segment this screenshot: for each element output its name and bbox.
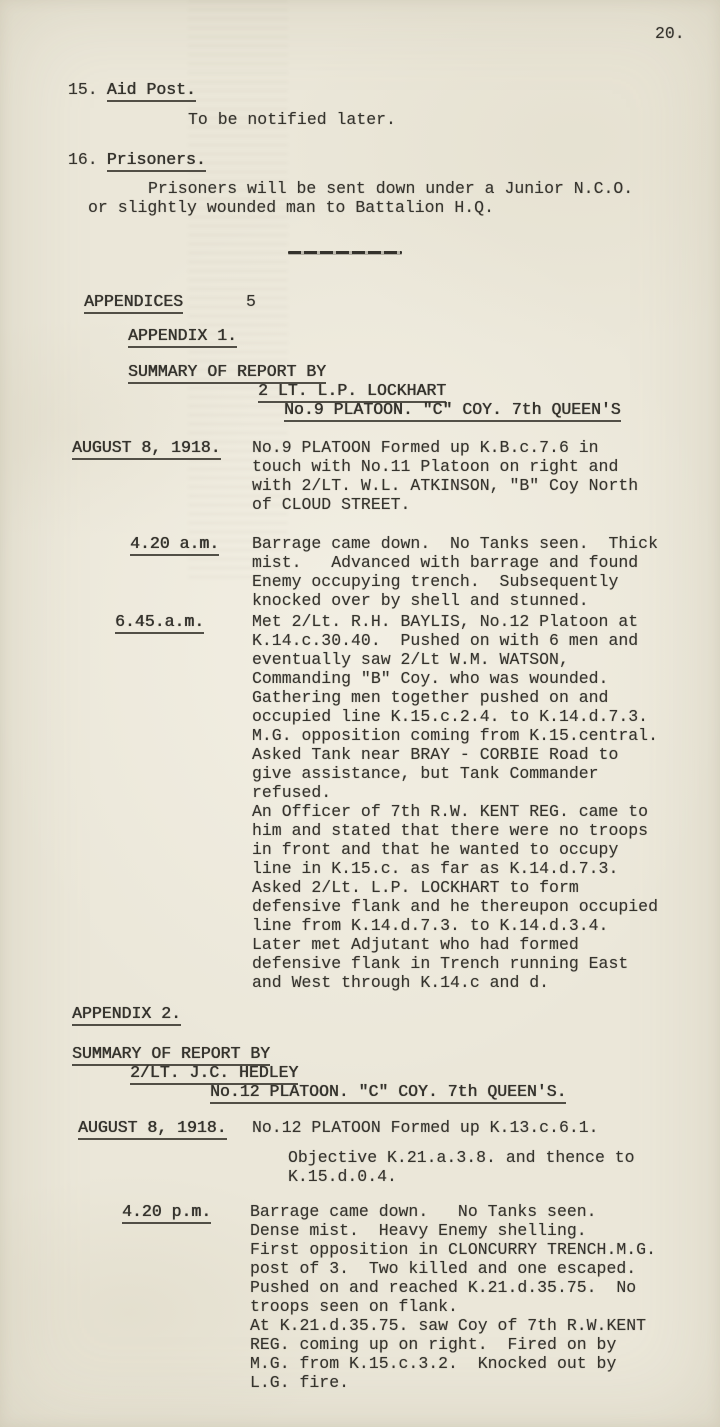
appendices-label: APPENDICES [84,292,183,314]
item-16-number: 16. [68,150,98,172]
appendix1-entry3-label: 6.45.a.m. [115,612,204,634]
appendix1-title: APPENDIX 1. [128,326,237,348]
section-divider [288,251,402,254]
appendix1-entry1-label: AUGUST 8, 1918. [72,438,221,460]
appendix2-entry1-label: AUGUST 8, 1918. [78,1118,227,1140]
item-15-heading: 15. Aid Post. [68,80,196,102]
scanned-document-page: 20. 15. Aid Post. To be notified later. … [0,0,720,1427]
appendix1-entry1-text: No.9 PLATOON Formed up K.B.c.7.6 in touc… [252,438,638,514]
appendix2-entry2-label: 4.20 p.m. [122,1202,211,1224]
page-number: 20. [655,24,685,43]
item-16-title: Prisoners. [107,150,206,172]
appendix1-entry2-label: 4.20 a.m. [130,534,219,556]
item-15-title: Aid Post. [107,80,196,102]
appendix2-entry2-text: Barrage came down. No Tanks seen. Dense … [250,1202,656,1392]
appendix1-entry3-text: Met 2/Lt. R.H. BAYLIS, No.12 Platoon at … [252,612,658,992]
appendix2-title: APPENDIX 2. [72,1004,181,1026]
appendix2-entry1-text: No.12 PLATOON Formed up K.13.c.6.1. [252,1118,599,1137]
appendix1-entry2-text: Barrage came down. No Tanks seen. Thick … [252,534,658,610]
item-15-body: To be notified later. [188,110,396,129]
appendices-number: 5 [246,292,256,311]
item-16-body-line1: Prisoners will be sent down under a Juni… [148,179,633,198]
appendix1-summary-line3: No.9 PLATOON. "C" COY. 7th QUEEN'S [284,400,621,422]
item-16-heading: 16. Prisoners. [68,150,206,172]
appendix2-entry1-objective: Objective K.21.a.3.8. and thence to K.15… [288,1148,635,1186]
appendix2-summary-line3: No.12 PLATOON. "C" COY. 7th QUEEN'S. [210,1082,566,1104]
item-15-number: 15. [68,80,98,102]
item-16-body-line2: or slightly wounded man to Battalion H.Q… [88,198,494,217]
